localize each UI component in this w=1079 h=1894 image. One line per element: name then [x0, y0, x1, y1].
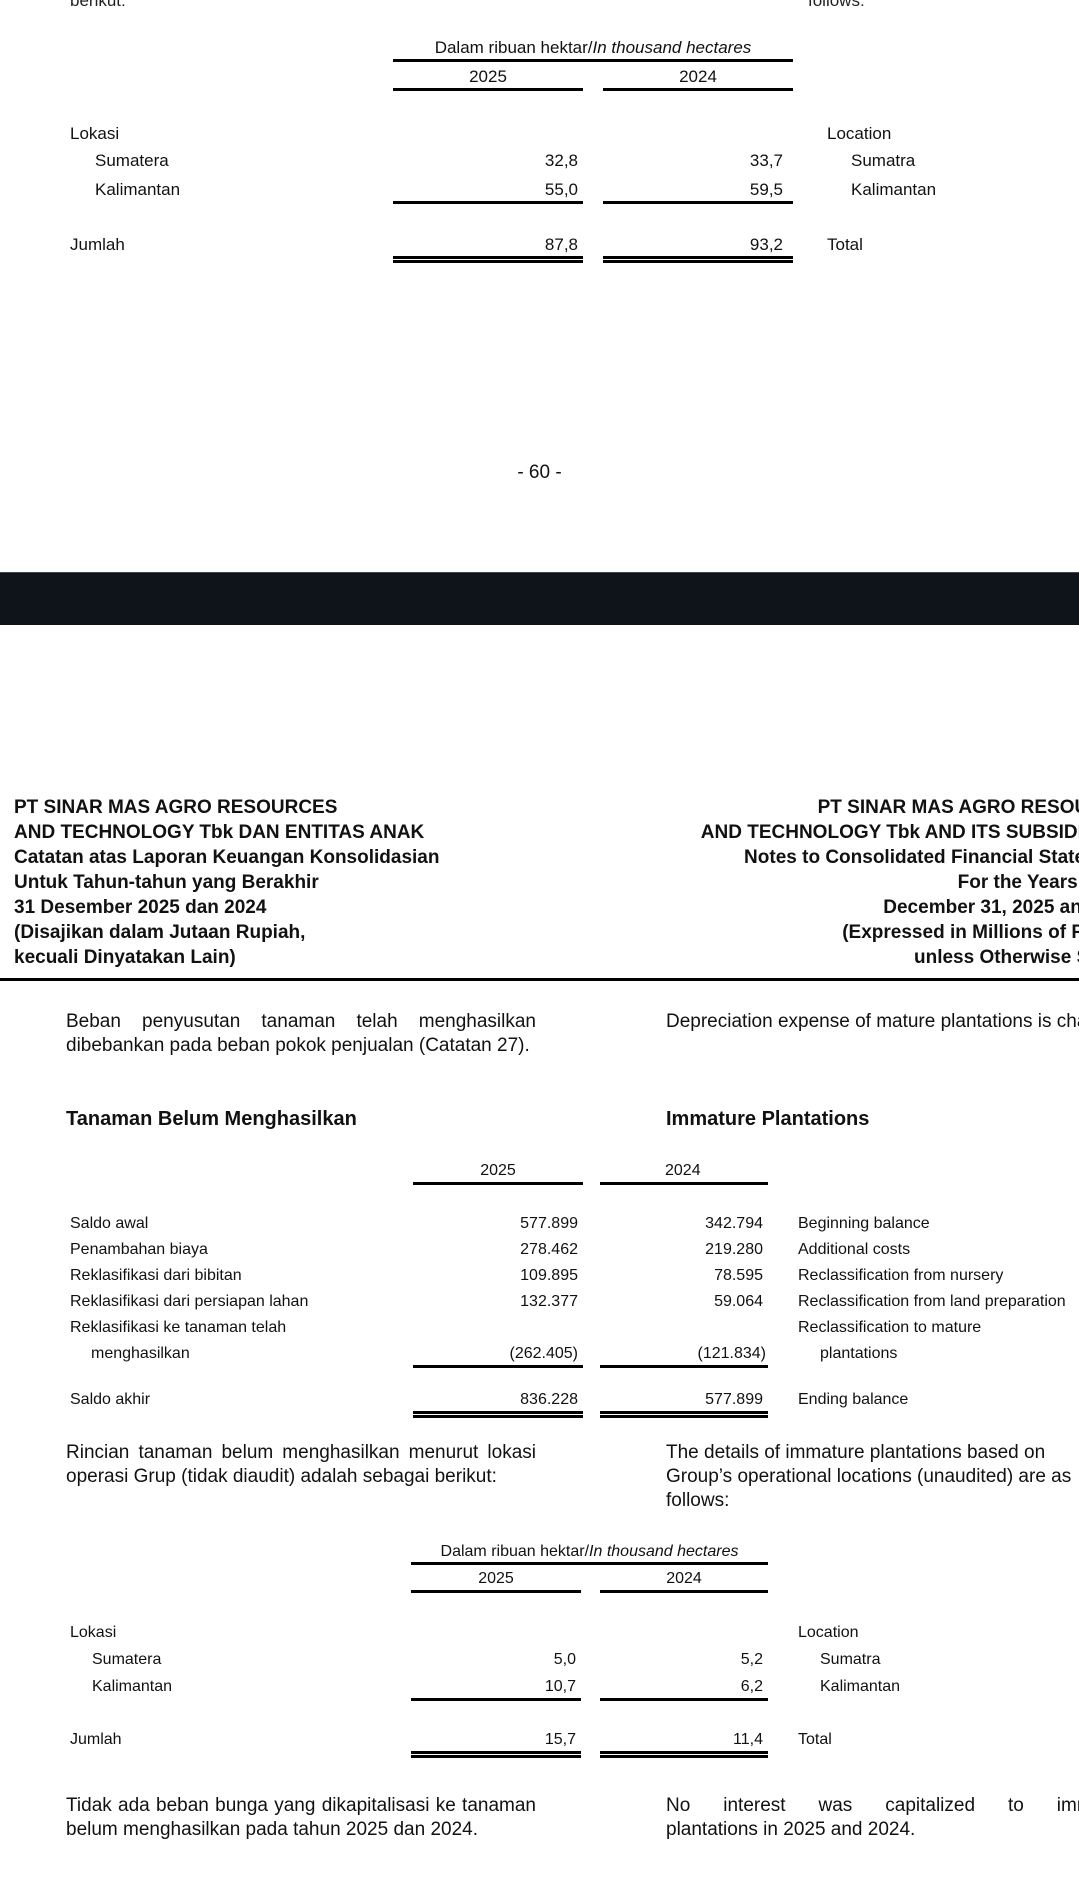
year-rule [411, 1590, 581, 1593]
year-2024: 2024 [603, 67, 793, 87]
year-2024: 2024 [600, 1162, 770, 1180]
subtotal-rule [600, 1365, 768, 1368]
header-rule [411, 1562, 768, 1565]
year-2024: 2024 [600, 1570, 768, 1588]
unit-label: Dalam ribuan hektar/In thousand hectares [411, 1543, 768, 1561]
subtotal-rule [411, 1698, 581, 1701]
unit-label: Dalam ribuan hektar/In thousand hectares [393, 38, 793, 58]
year-rule [413, 1182, 583, 1185]
year-rule [603, 88, 793, 91]
location-intro-en: The details of immature plantations base… [666, 1441, 1079, 1513]
year-rule [600, 1590, 768, 1593]
heading-location-en: Location [798, 1624, 859, 1642]
depreciation-note-en: Depreciation expense of mature plantatio… [666, 1010, 1079, 1034]
header-rule [0, 978, 1079, 981]
total-double-rule [603, 256, 793, 263]
subtotal-rule [603, 201, 793, 204]
depreciation-note-id: Beban penyusutan tanaman telah menghasil… [66, 1010, 536, 1058]
year-2025: 2025 [393, 67, 583, 87]
document-page-61: PT SINAR MAS AGRO RESOURCES AND TECHNOLO… [0, 625, 1079, 1894]
interest-note-en: No interest was capitalized to immature … [666, 1794, 1079, 1842]
heading-location-id: Lokasi [70, 1624, 116, 1642]
subtotal-rule [600, 1698, 768, 1701]
year-rule [600, 1182, 768, 1185]
year-2025: 2025 [411, 1570, 581, 1588]
year-2025: 2025 [413, 1162, 583, 1180]
header-rule [393, 59, 793, 62]
total-double-rule [411, 1751, 581, 1758]
total-double-rule [393, 256, 583, 263]
header-right: PT SINAR MAS AGRO RESOURCES AND TECHNOLO… [501, 795, 1079, 970]
section-title-id: Tanaman Belum Menghasilkan [66, 1108, 357, 1131]
cut-off-text-left: berikut: [70, 0, 126, 11]
interest-note-id: Tidak ada beban bunga yang dikapitalisas… [66, 1794, 536, 1842]
subtotal-rule [413, 1365, 583, 1368]
cut-off-text-right: follows: [808, 0, 865, 11]
heading-location-en: Location [827, 124, 891, 144]
total-double-rule [600, 1411, 768, 1418]
total-double-rule [413, 1411, 583, 1418]
header-left: PT SINAR MAS AGRO RESOURCES AND TECHNOLO… [14, 795, 439, 970]
page-separator [0, 572, 1079, 626]
document-page-60: berikut: follows: Dalam ribuan hektar/In… [0, 0, 1079, 572]
year-rule [393, 88, 583, 91]
heading-location-id: Lokasi [70, 124, 119, 144]
page-number: - 60 - [0, 462, 1079, 484]
total-double-rule [600, 1751, 768, 1758]
section-title-en: Immature Plantations [666, 1108, 869, 1131]
subtotal-rule [393, 201, 583, 204]
location-intro-id: Rincian tanaman belum menghasilkan menur… [66, 1441, 536, 1489]
